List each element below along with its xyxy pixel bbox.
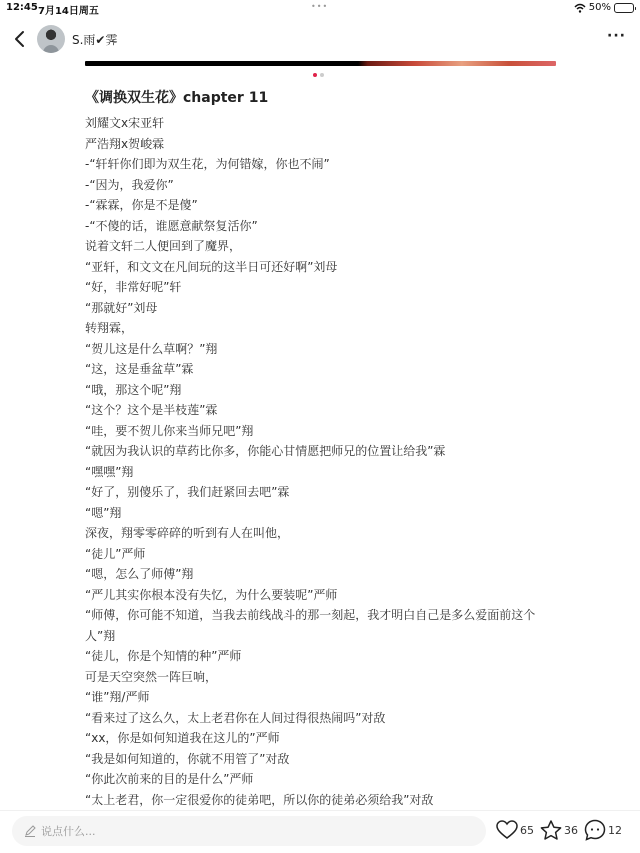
status-time: 12:45 xyxy=(6,2,38,13)
post-line: -“因为，我爱你” xyxy=(85,175,565,196)
post-line: “嗯”翔 xyxy=(85,503,565,524)
top-nav: S.雨✔霁 ··· xyxy=(0,22,640,58)
favorite-count: 36 xyxy=(564,824,578,837)
post-line: “太上老君，你一定很爱你的徒弟吧，所以你的徒弟必须给我”对敌 xyxy=(85,790,565,811)
comment-bubble-icon xyxy=(584,819,606,841)
star-icon xyxy=(540,820,562,841)
post-line: “哇，要不贺儿你来当师兄吧”翔 xyxy=(85,421,565,442)
comment-button[interactable]: 12 xyxy=(584,819,622,841)
post-line: “师傅，你可能不知道，当我去前线战斗的那一刻起，我才明白自己是多么爱面前这个人”… xyxy=(85,605,565,646)
comment-count: 12 xyxy=(608,824,622,837)
post-line: 说着文轩二人便回到了魔界， xyxy=(85,236,565,257)
avatar[interactable] xyxy=(37,25,65,53)
post-line: “谁”翔/严师 xyxy=(85,687,565,708)
bottom-bar: 说点什么... 65 36 12 xyxy=(0,810,640,853)
pencil-icon xyxy=(24,825,36,837)
post-line: 可是天空突然一阵巨响， xyxy=(85,667,565,688)
heart-icon xyxy=(496,820,518,840)
post-line: “哦，那这个呢”翔 xyxy=(85,380,565,401)
comment-input[interactable]: 说点什么... xyxy=(12,816,486,846)
more-dots-icon[interactable]: ··· xyxy=(607,28,626,44)
status-bar: 12:45 7月14日周五 ••• 50% xyxy=(0,0,640,18)
post-content: 《调换双生花》chapter 11 刘耀文x宋亚轩严浩翔x贺峻霖-“轩轩你们即为… xyxy=(85,86,565,810)
status-date: 7月14日周五 xyxy=(38,2,99,17)
post-line: “亚轩，和文文在凡间玩的这半日可还好啊”刘母 xyxy=(85,257,565,278)
post-line: -“霖霖，你是不是傻” xyxy=(85,195,565,216)
post-line: “这，这是垂盆草”霖 xyxy=(85,359,565,380)
post-body: 刘耀文x宋亚轩严浩翔x贺峻霖-“轩轩你们即为双生花，为何错嫁，你也不闹”-“因为… xyxy=(85,113,565,810)
post-line: 严浩翔x贺峻霖 xyxy=(85,134,565,155)
like-count: 65 xyxy=(520,824,534,837)
post-line: -“不傻的话，谁愿意献祭复活你” xyxy=(85,216,565,237)
post-line: “这个？这个是半枝莲”霖 xyxy=(85,400,565,421)
status-right: 50% xyxy=(574,2,634,13)
favorite-button[interactable]: 36 xyxy=(540,820,578,841)
post-line: “你此次前来的目的是什么”严师 xyxy=(85,769,565,790)
chevron-left-icon[interactable] xyxy=(12,28,28,50)
post-line: “嘿嘿”翔 xyxy=(85,462,565,483)
post-line: “就因为我认识的草药比你多，你能心甘情愿把师兄的位置让给我”霖 xyxy=(85,441,565,462)
battery-percent: 50% xyxy=(589,2,611,13)
like-button[interactable]: 65 xyxy=(496,820,534,840)
post-line: 刘耀文x宋亚轩 xyxy=(85,113,565,134)
post-line: “嗯，怎么了师傅”翔 xyxy=(85,564,565,585)
wifi-icon xyxy=(574,3,586,13)
post-line: -“轩轩你们即为双生花，为何错嫁，你也不闹” xyxy=(85,154,565,175)
image-carousel[interactable] xyxy=(85,61,556,66)
post-line: “那就好”刘母 xyxy=(85,298,565,319)
post-line: “严儿其实你根本没有失忆，为什么要装呢”严师 xyxy=(85,585,565,606)
multitask-dots-icon[interactable]: ••• xyxy=(311,2,328,11)
carousel-pager xyxy=(313,73,324,77)
post-title: 《调换双生花》chapter 11 xyxy=(85,86,565,110)
post-line: 深夜，翔零零碎碎的听到有人在叫他， xyxy=(85,523,565,544)
author-name[interactable]: S.雨✔霁 xyxy=(72,31,118,48)
comment-placeholder: 说点什么... xyxy=(41,823,96,839)
post-actions: 65 36 12 xyxy=(496,819,622,841)
post-line: “好了，别傻乐了，我们赶紧回去吧”霖 xyxy=(85,482,565,503)
pager-dot[interactable] xyxy=(320,73,324,77)
battery-icon xyxy=(614,3,634,13)
post-line: “贺儿这是什么草啊？”翔 xyxy=(85,339,565,360)
post-line: “看来过了这么久，太上老君你在人间过得很热闹吗”对敌 xyxy=(85,708,565,729)
pager-dot-active[interactable] xyxy=(313,73,317,77)
post-line: 转翔霖， xyxy=(85,318,565,339)
post-line: “xx，你是如何知道我在这儿的”严师 xyxy=(85,728,565,749)
post-line: “徒儿”严师 xyxy=(85,544,565,565)
post-line: “徒儿，你是个知情的种”严师 xyxy=(85,646,565,667)
post-line: “我是如何知道的，你就不用管了”对敌 xyxy=(85,749,565,770)
post-line: “好，非常好呢”轩 xyxy=(85,277,565,298)
